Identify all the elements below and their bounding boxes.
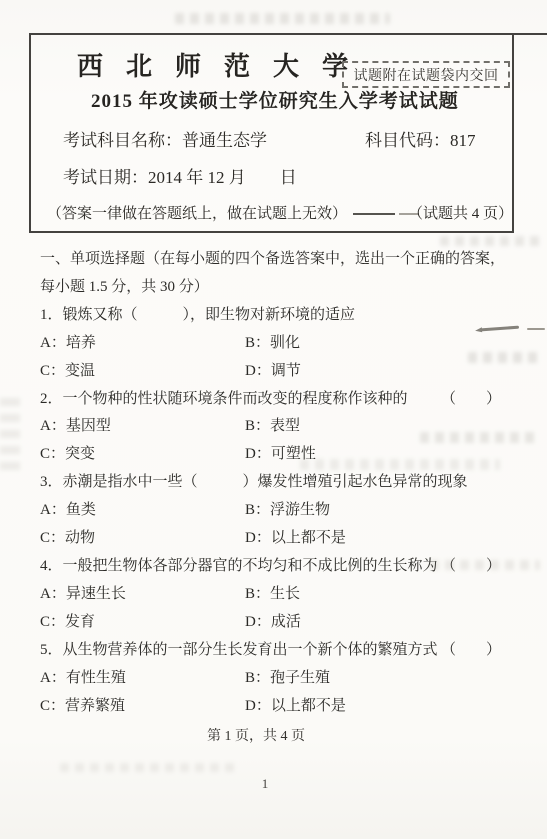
question-stem-row: 5．从生物营养体的一部分生长发育出一个新个体的繁殖方式（ ）: [40, 637, 507, 665]
question-stem-row: 1．锻炼又称（ ），即生物对新环境的适应: [40, 302, 507, 330]
options-grid: A：异速生长B：生长C：发育D：成活: [40, 581, 507, 637]
code-label: 科目代码：: [365, 131, 450, 150]
header-box: 西北师范大学 试题附在试题袋内交回 2015 年攻读硕士学位研究生入学考试试题 …: [29, 33, 514, 233]
footer-page-info: 第 1 页，共 4 页: [0, 725, 512, 745]
option-cell: B：浮游生物: [245, 497, 507, 525]
question-block: 2．一个物种的性状随环境条件而改变的程度称作该种的（ ）A：基因型B：表型C：突…: [40, 386, 507, 470]
page-number: 1: [0, 776, 530, 792]
question-stem: 5．从生物营养体的一部分生长发育出一个新个体的繁殖方式: [40, 642, 438, 658]
bleedthrough-artifact: [175, 13, 390, 24]
question-block: 3．赤潮是指水中一些（ ）爆发性增殖引起水色异常的现象A：鱼类B：浮游生物C：动…: [40, 469, 507, 553]
bleedthrough-artifact: [468, 352, 543, 363]
bleedthrough-artifact: [300, 459, 500, 470]
option-cell: A：基因型: [40, 413, 245, 441]
option-cell: C：突变: [40, 441, 245, 469]
question-block: 1．锻炼又称（ ），即生物对新环境的适应A：培养B：驯化C：变温D：调节: [40, 302, 507, 386]
option-cell: A：有性生殖: [40, 665, 245, 693]
question-stem: 4．一般把生物体各部分器官的不均匀和不成比例的生长称为: [40, 558, 438, 574]
pen-mark-artifact: [527, 328, 545, 330]
option-cell: A：鱼类: [40, 497, 245, 525]
option-cell: C：变温: [40, 358, 245, 386]
exam-page: 西北师范大学 试题附在试题袋内交回 2015 年攻读硕士学位研究生入学考试试题 …: [0, 0, 547, 839]
option-cell: B：孢子生殖: [245, 665, 507, 693]
question-stem: 2．一个物种的性状随环境条件而改变的程度称作该种的: [40, 391, 408, 407]
question-stem: 1．锻炼又称（ ），即生物对新环境的适应: [40, 307, 355, 323]
bleedthrough-artifact: [0, 398, 20, 470]
code-part: 科目代码：817: [365, 126, 476, 151]
option-cell: B：生长: [245, 581, 507, 609]
option-cell: C：营养繁殖: [40, 693, 245, 721]
options-grid: A：鱼类B：浮游生物C：动物D：以上都不是: [40, 497, 507, 553]
subject-name: 普通生态学: [182, 131, 267, 150]
separator-dash: [353, 213, 395, 215]
bleedthrough-artifact: [60, 763, 240, 772]
bleedthrough-artifact: [420, 432, 540, 443]
option-cell: C：动物: [40, 525, 245, 553]
subject-label: 考试科目名称：: [63, 131, 182, 150]
option-cell: C：发育: [40, 609, 245, 637]
option-cell: A：异速生长: [40, 581, 245, 609]
question-stem: 3．赤潮是指水中一些（ ）爆发性增殖引起水色异常的现象: [40, 474, 468, 490]
questions-container: 1．锻炼又称（ ），即生物对新环境的适应A：培养B：驯化C：变温D：调节2．一个…: [40, 302, 507, 721]
option-cell: A：培养: [40, 330, 245, 358]
bleedthrough-artifact: [430, 560, 540, 570]
options-grid: A：培养B：驯化C：变温D：调节: [40, 330, 507, 386]
option-cell: D：以上都不是: [245, 525, 507, 553]
code-value: 817: [450, 131, 476, 150]
options-grid: A：有性生殖B：孢子生殖C：营养繁殖D：以上都不是: [40, 665, 507, 721]
question-block: 5．从生物营养体的一部分生长发育出一个新个体的繁殖方式（ ）A：有性生殖B：孢子…: [40, 637, 507, 721]
exam-title: 2015 年攻读硕士学位研究生入学考试试题: [91, 86, 459, 113]
subject-row: 考试科目名称：普通生态学 科目代码：817: [63, 126, 503, 151]
section-heading-line2: 每小题 1.5 分，共 30 分）: [40, 274, 507, 302]
option-cell: D：成活: [245, 609, 507, 637]
date-value: 2014 年 12 月 日: [148, 168, 297, 187]
answer-bracket: （ ）: [441, 386, 501, 414]
return-notice-box: 试题附在试题袋内交回: [342, 61, 510, 88]
section-heading-line1: 一、单项选择题（在每小题的四个备选答案中，选出一个正确的答案，: [40, 246, 507, 274]
option-cell: D：以上都不是: [245, 693, 507, 721]
date-row: 考试日期：2014 年 12 月 日: [63, 163, 297, 188]
bleedthrough-artifact: [440, 236, 540, 246]
question-stem-row: 3．赤潮是指水中一些（ ）爆发性增殖引起水色异常的现象: [40, 469, 507, 497]
scan-edge-line: [514, 33, 547, 35]
answer-bracket: （ ）: [441, 637, 501, 665]
university-title: 西北师范大学: [77, 46, 371, 83]
question-body: 一、单项选择题（在每小题的四个备选答案中，选出一个正确的答案， 每小题 1.5 …: [40, 246, 507, 720]
answer-notice: （答案一律做在答题纸上，做在试题上无效）: [47, 202, 347, 223]
date-label: 考试日期：: [63, 168, 148, 187]
question-stem-row: 2．一个物种的性状随环境条件而改变的程度称作该种的（ ）: [40, 386, 507, 414]
pages-notice: （试题共 4 页）: [408, 202, 513, 223]
